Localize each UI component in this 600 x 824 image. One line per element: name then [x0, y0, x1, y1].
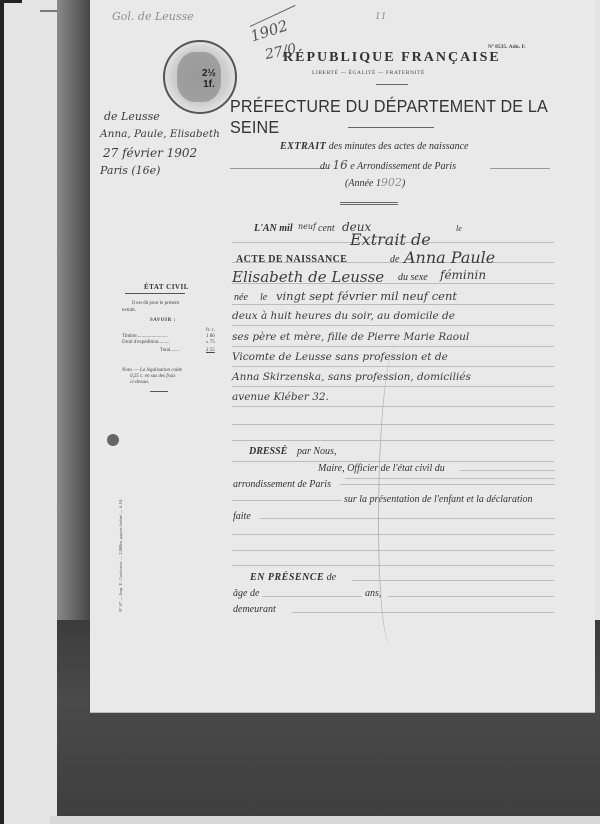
prefecture-title: PRÉFECTURE DU DÉPARTEMENT DE LA SEINE	[230, 96, 570, 138]
dresse-label: DRESSÉ	[249, 446, 287, 457]
an-label: L'AN mil	[254, 223, 293, 234]
margin-birth-date: 27 février 1902	[103, 146, 197, 160]
nota-2: 0,25 c. en sus des frais	[130, 374, 175, 379]
total-value: 2 55	[206, 348, 215, 353]
le2-label: le	[260, 292, 267, 303]
arr-prefix: du	[320, 161, 330, 172]
divider	[348, 127, 434, 128]
republic-motto: LIBERTÉ — ÉGALITÉ — FRATERNITÉ	[312, 70, 425, 76]
par-nous-label: par Nous,	[297, 446, 336, 457]
fee-timbre-label: Timbre.........................	[122, 334, 168, 339]
nee-label: née	[234, 292, 248, 303]
fee-expedition-label: Droit d'expédition.........	[122, 340, 170, 345]
divider	[125, 293, 185, 294]
top-pencil-note: Gol. de Leusse	[112, 10, 194, 23]
scanner-bottom-edge	[50, 816, 600, 824]
nota-1: Nota. — La légalisation coûte	[122, 368, 182, 373]
form-line	[230, 168, 325, 169]
margin-birth-place: Paris (16e)	[100, 164, 160, 177]
currency-label: fr. c.	[206, 328, 215, 333]
fee-timbre-value: 1 80	[206, 334, 215, 339]
divider	[376, 84, 408, 85]
form-line	[340, 484, 555, 485]
stamp-value-top: 2½	[202, 68, 216, 79]
form-line	[232, 304, 554, 305]
form-line	[388, 596, 554, 597]
form-line	[262, 596, 362, 597]
extrait-heading: EXTRAIT des minutes des actes de naissan…	[280, 141, 469, 152]
arrondissement-label: arrondissement de Paris	[233, 479, 331, 490]
ans-label: ans,	[365, 588, 381, 599]
en-presence-line: EN PRÉSENCE de	[250, 572, 336, 583]
form-line	[345, 478, 555, 479]
form-line	[232, 500, 342, 501]
birth-line-5: Anna Skirzenska, sans profession, domici…	[232, 371, 471, 383]
sexe-label: du sexe	[398, 272, 428, 283]
annee-suffix: )	[402, 178, 405, 189]
demeurant-label: demeurant	[233, 604, 276, 615]
cent-label: cent	[318, 223, 335, 234]
annee-prefix: (Année 1	[345, 178, 381, 189]
en-presence-label: EN PRÉSENCE	[250, 572, 324, 583]
birth-line-2: deux à huit heures du soir, au domicile …	[232, 310, 455, 322]
stamp-value: 2½ 1f.	[202, 68, 216, 90]
extrait-label: EXTRAIT	[280, 141, 326, 152]
divider	[340, 202, 398, 203]
an-hand-1: neuf	[298, 222, 316, 231]
le-label: le	[456, 224, 462, 233]
form-line	[292, 612, 554, 613]
fiscal-stamp: 2½ 1f.	[163, 40, 237, 114]
annee-value: 902	[381, 176, 402, 189]
birth-line-1: vingt sept février mil neuf cent	[276, 289, 457, 303]
form-line	[232, 325, 554, 326]
age-label: âge de	[233, 588, 259, 599]
annee-line: (Année 1902)	[345, 176, 405, 189]
margin-given-names: Anna, Paule, Elisabeth	[100, 128, 220, 140]
scan-edge-top	[0, 0, 22, 3]
birth-line-6: avenue Kléber 32.	[232, 391, 329, 403]
printer-imprint: Nº 67 — Imp. E. Coulouvin — 2,000m. papi…	[118, 499, 123, 612]
due-text-1: Il est dû pour le présent	[132, 301, 179, 306]
extrait-handwritten: Extrait de	[350, 230, 431, 249]
arr-suffix: e Arrondissement de Paris	[350, 161, 456, 172]
form-line	[490, 168, 550, 169]
en-presence-de: de	[327, 572, 336, 583]
acte-label: ACTE DE NAISSANCE	[236, 254, 347, 265]
acte-de-label: de	[390, 254, 399, 265]
presentation-label: sur la présentation de l'enfant et la dé…	[344, 494, 533, 505]
child-names-cont: Elisabeth de Leusse	[232, 268, 384, 286]
extrait-text: des minutes des actes de naissance	[329, 141, 469, 152]
etat-civil-title: ÉTAT CIVIL	[144, 283, 189, 291]
divider	[150, 391, 168, 392]
arrondissement-line: du 16 e Arrondissement de Paris	[320, 158, 456, 172]
faite-label: faite	[233, 511, 251, 522]
divider	[340, 204, 398, 205]
republic-title: RÉPUBLIQUE FRANÇAISE	[283, 50, 501, 66]
total-label: Total.......	[160, 348, 179, 353]
stamp-value-bottom: 1f.	[202, 79, 216, 90]
fee-expedition-value: » 75	[206, 340, 215, 345]
top-pencil-mark: 11	[375, 12, 386, 22]
savoir-label: SAVOIR :	[150, 318, 176, 323]
child-first-names: Anna Paule	[404, 248, 495, 267]
punch-hole	[107, 434, 119, 446]
birth-line-3: ses père et mère, fille de Pierre Marie …	[232, 331, 469, 343]
due-text-2: extrait.	[122, 308, 136, 313]
margin-surname: de Leusse	[104, 110, 160, 123]
birth-line-4: Vicomte de Leusse sans profession et de	[232, 351, 448, 363]
sexe-value: féminin	[440, 268, 486, 282]
form-line	[460, 470, 555, 471]
nota-3: ci-dessus.	[130, 380, 150, 385]
arr-number: 16	[333, 158, 348, 172]
scan-edge	[0, 0, 4, 824]
